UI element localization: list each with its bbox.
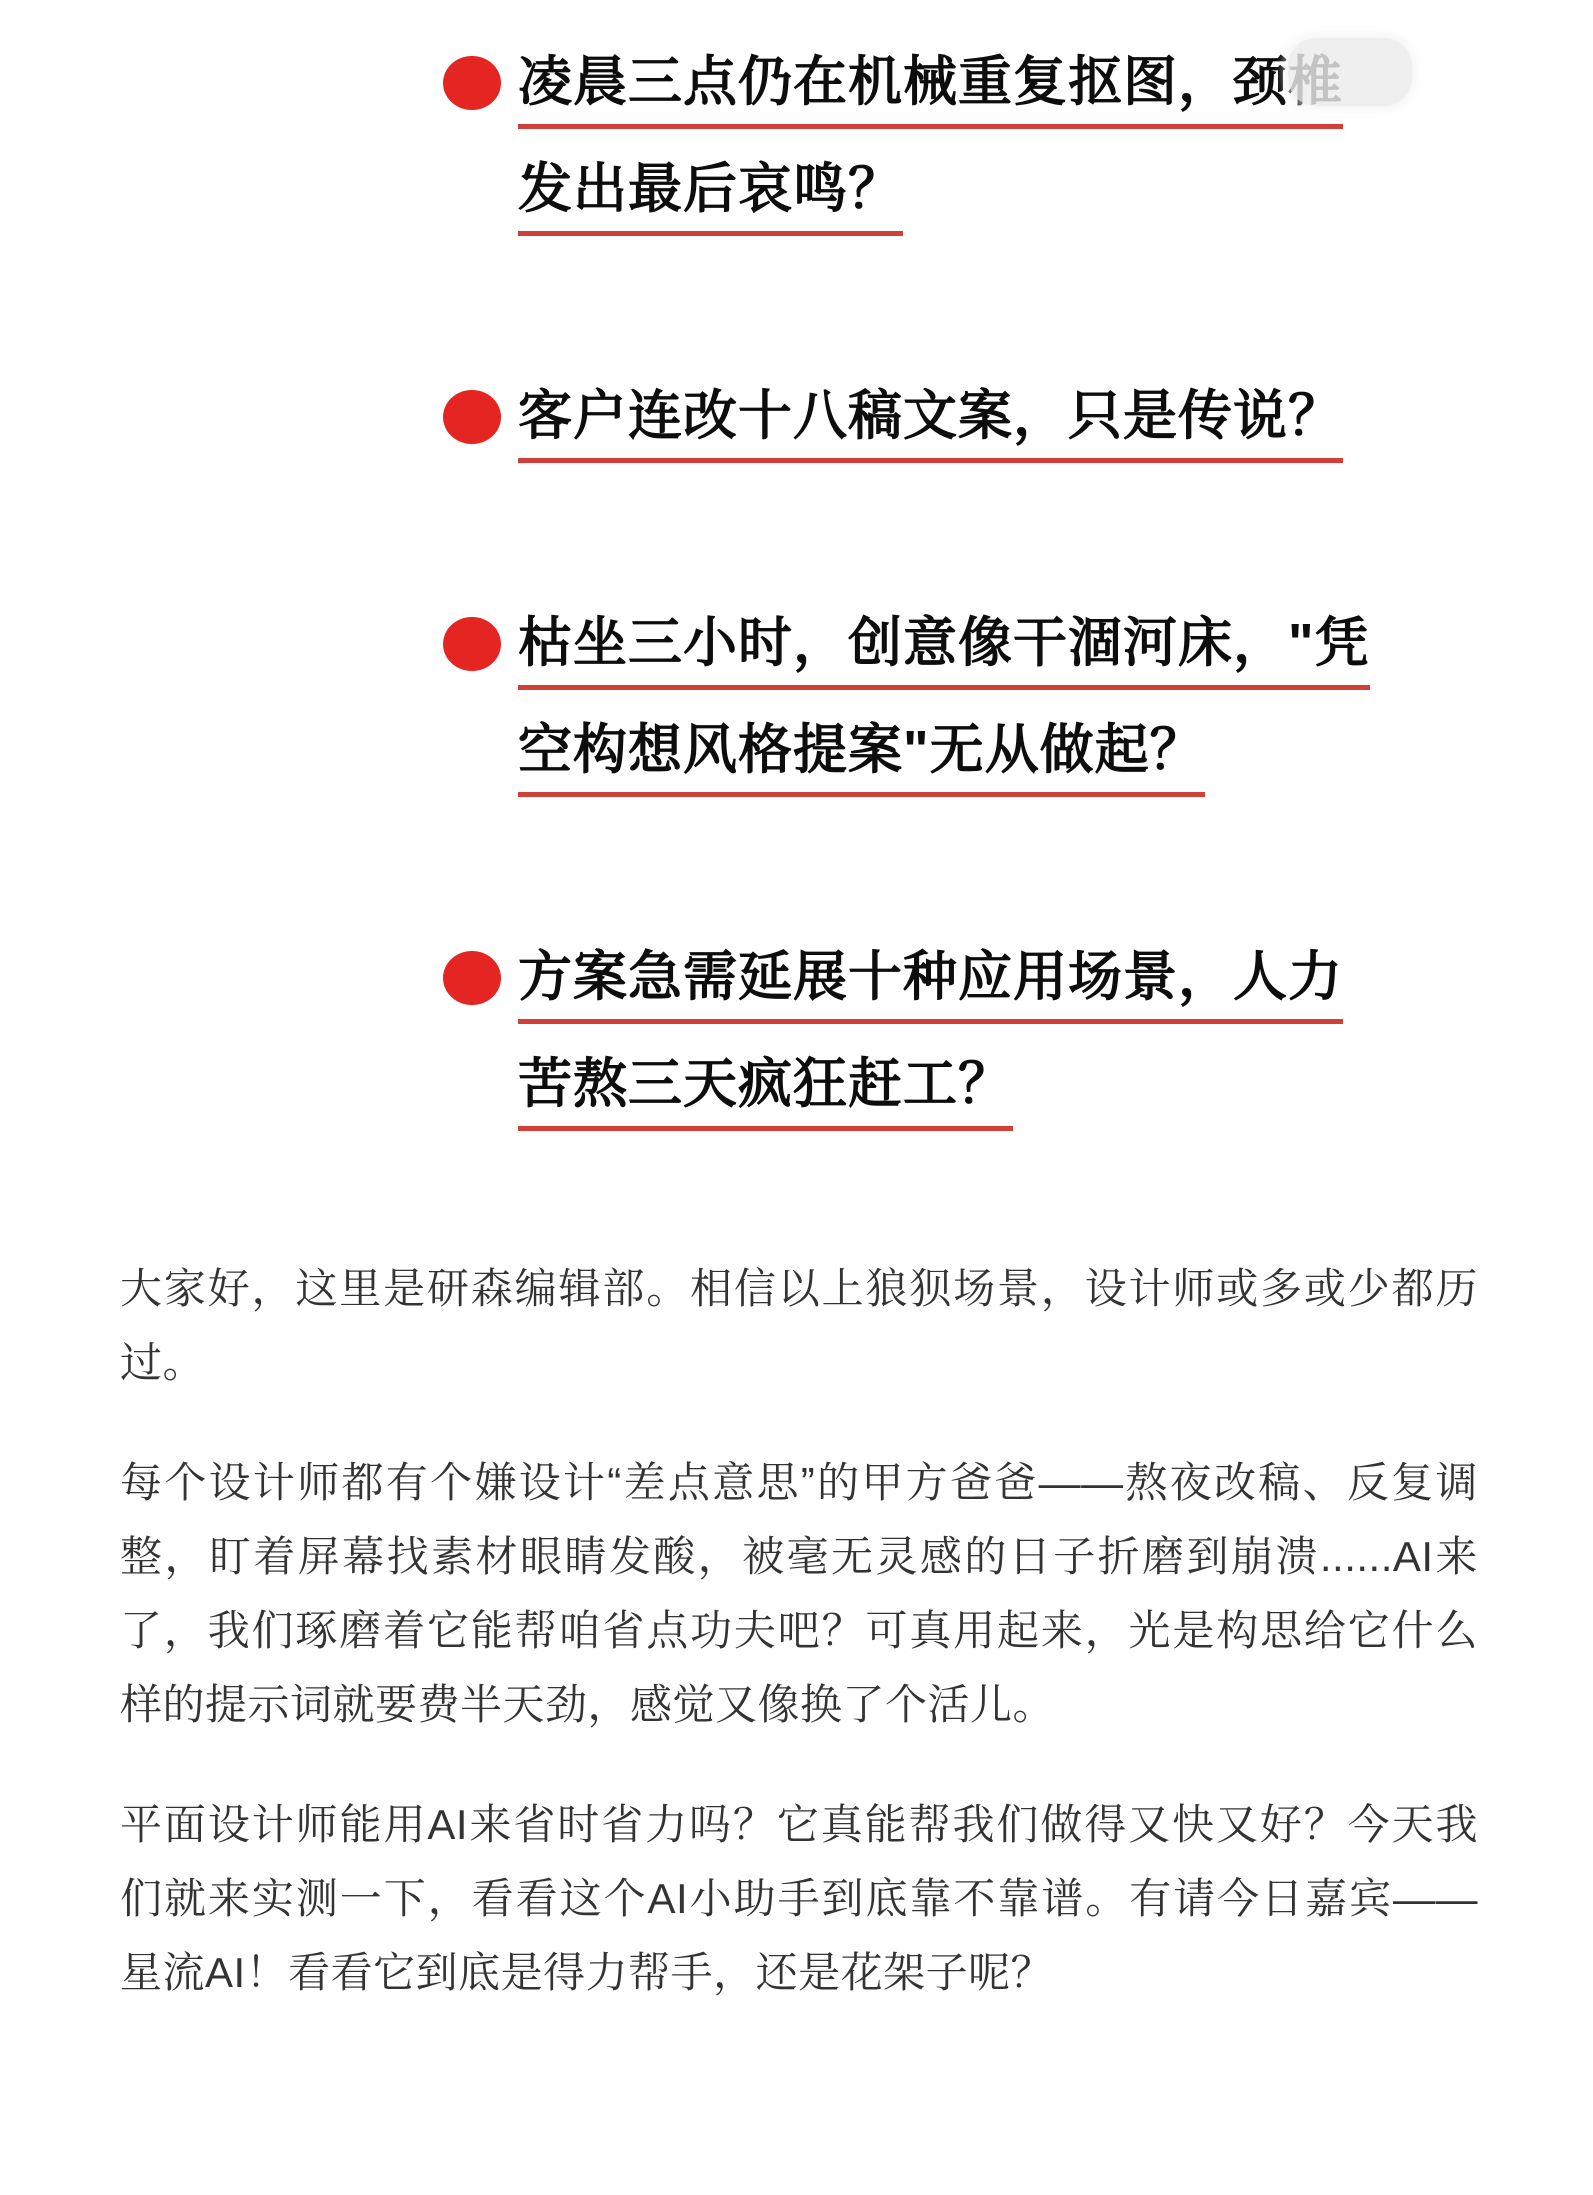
bullet-text-line: 方案急需延展十种应用场景，人力 (518, 947, 1343, 1024)
article-page: 凌晨三点仍在机械重复抠图，颈椎 发出最后哀鸣？ 客户连改十八稿文案，只是传说？ … (0, 0, 1593, 2195)
bullet-text-line: 空构想风格提案"无从做起？ (518, 720, 1205, 797)
bullet-icon (443, 56, 501, 110)
article-body: 大家好，这里是研森编辑部。相信以上狼狈场景，设计师或多或少都历过。 每个设计师都… (120, 1252, 1478, 2010)
pain-points-list: 凌晨三点仍在机械重复抠图，颈椎 发出最后哀鸣？ 客户连改十八稿文案，只是传说？ … (443, 52, 1503, 1131)
bullet-icon (443, 390, 501, 444)
bullet-text-line: 苦熬三天疯狂赶工？ (518, 1054, 1013, 1131)
paragraph: 每个设计师都有个嫌设计“差点意思”的甲方爸爸——熬夜改稿、反复调整，盯着屏幕找素… (120, 1446, 1478, 1742)
bullet-text: 枯坐三小时，创意像干涸河床，"凭 空构想风格提案"无从做起？ (518, 613, 1370, 797)
list-item: 枯坐三小时，创意像干涸河床，"凭 空构想风格提案"无从做起？ (443, 613, 1503, 797)
bullet-text: 凌晨三点仍在机械重复抠图，颈椎 发出最后哀鸣？ (518, 52, 1343, 236)
bullet-text-line: 发出最后哀鸣？ (518, 159, 903, 236)
bullet-text: 客户连改十八稿文案，只是传说？ (518, 386, 1343, 463)
list-item: 客户连改十八稿文案，只是传说？ (443, 386, 1503, 463)
paragraph: 大家好，这里是研森编辑部。相信以上狼狈场景，设计师或多或少都历过。 (120, 1252, 1478, 1400)
bullet-text-line: 枯坐三小时，创意像干涸河床，"凭 (518, 613, 1370, 690)
bullet-text-line: 客户连改十八稿文案，只是传说？ (518, 386, 1343, 463)
bullet-text-line: 凌晨三点仍在机械重复抠图，颈椎 (518, 52, 1343, 129)
bullet-text: 方案急需延展十种应用场景，人力 苦熬三天疯狂赶工？ (518, 947, 1343, 1131)
bullet-icon (443, 617, 501, 671)
overlay-blob (1288, 38, 1412, 106)
paragraph: 平面设计师能用AI来省时省力吗？它真能帮我们做得又快又好？今天我们就来实测一下，… (120, 1788, 1478, 2010)
bullet-icon (443, 951, 501, 1005)
list-item: 方案急需延展十种应用场景，人力 苦熬三天疯狂赶工？ (443, 947, 1503, 1131)
